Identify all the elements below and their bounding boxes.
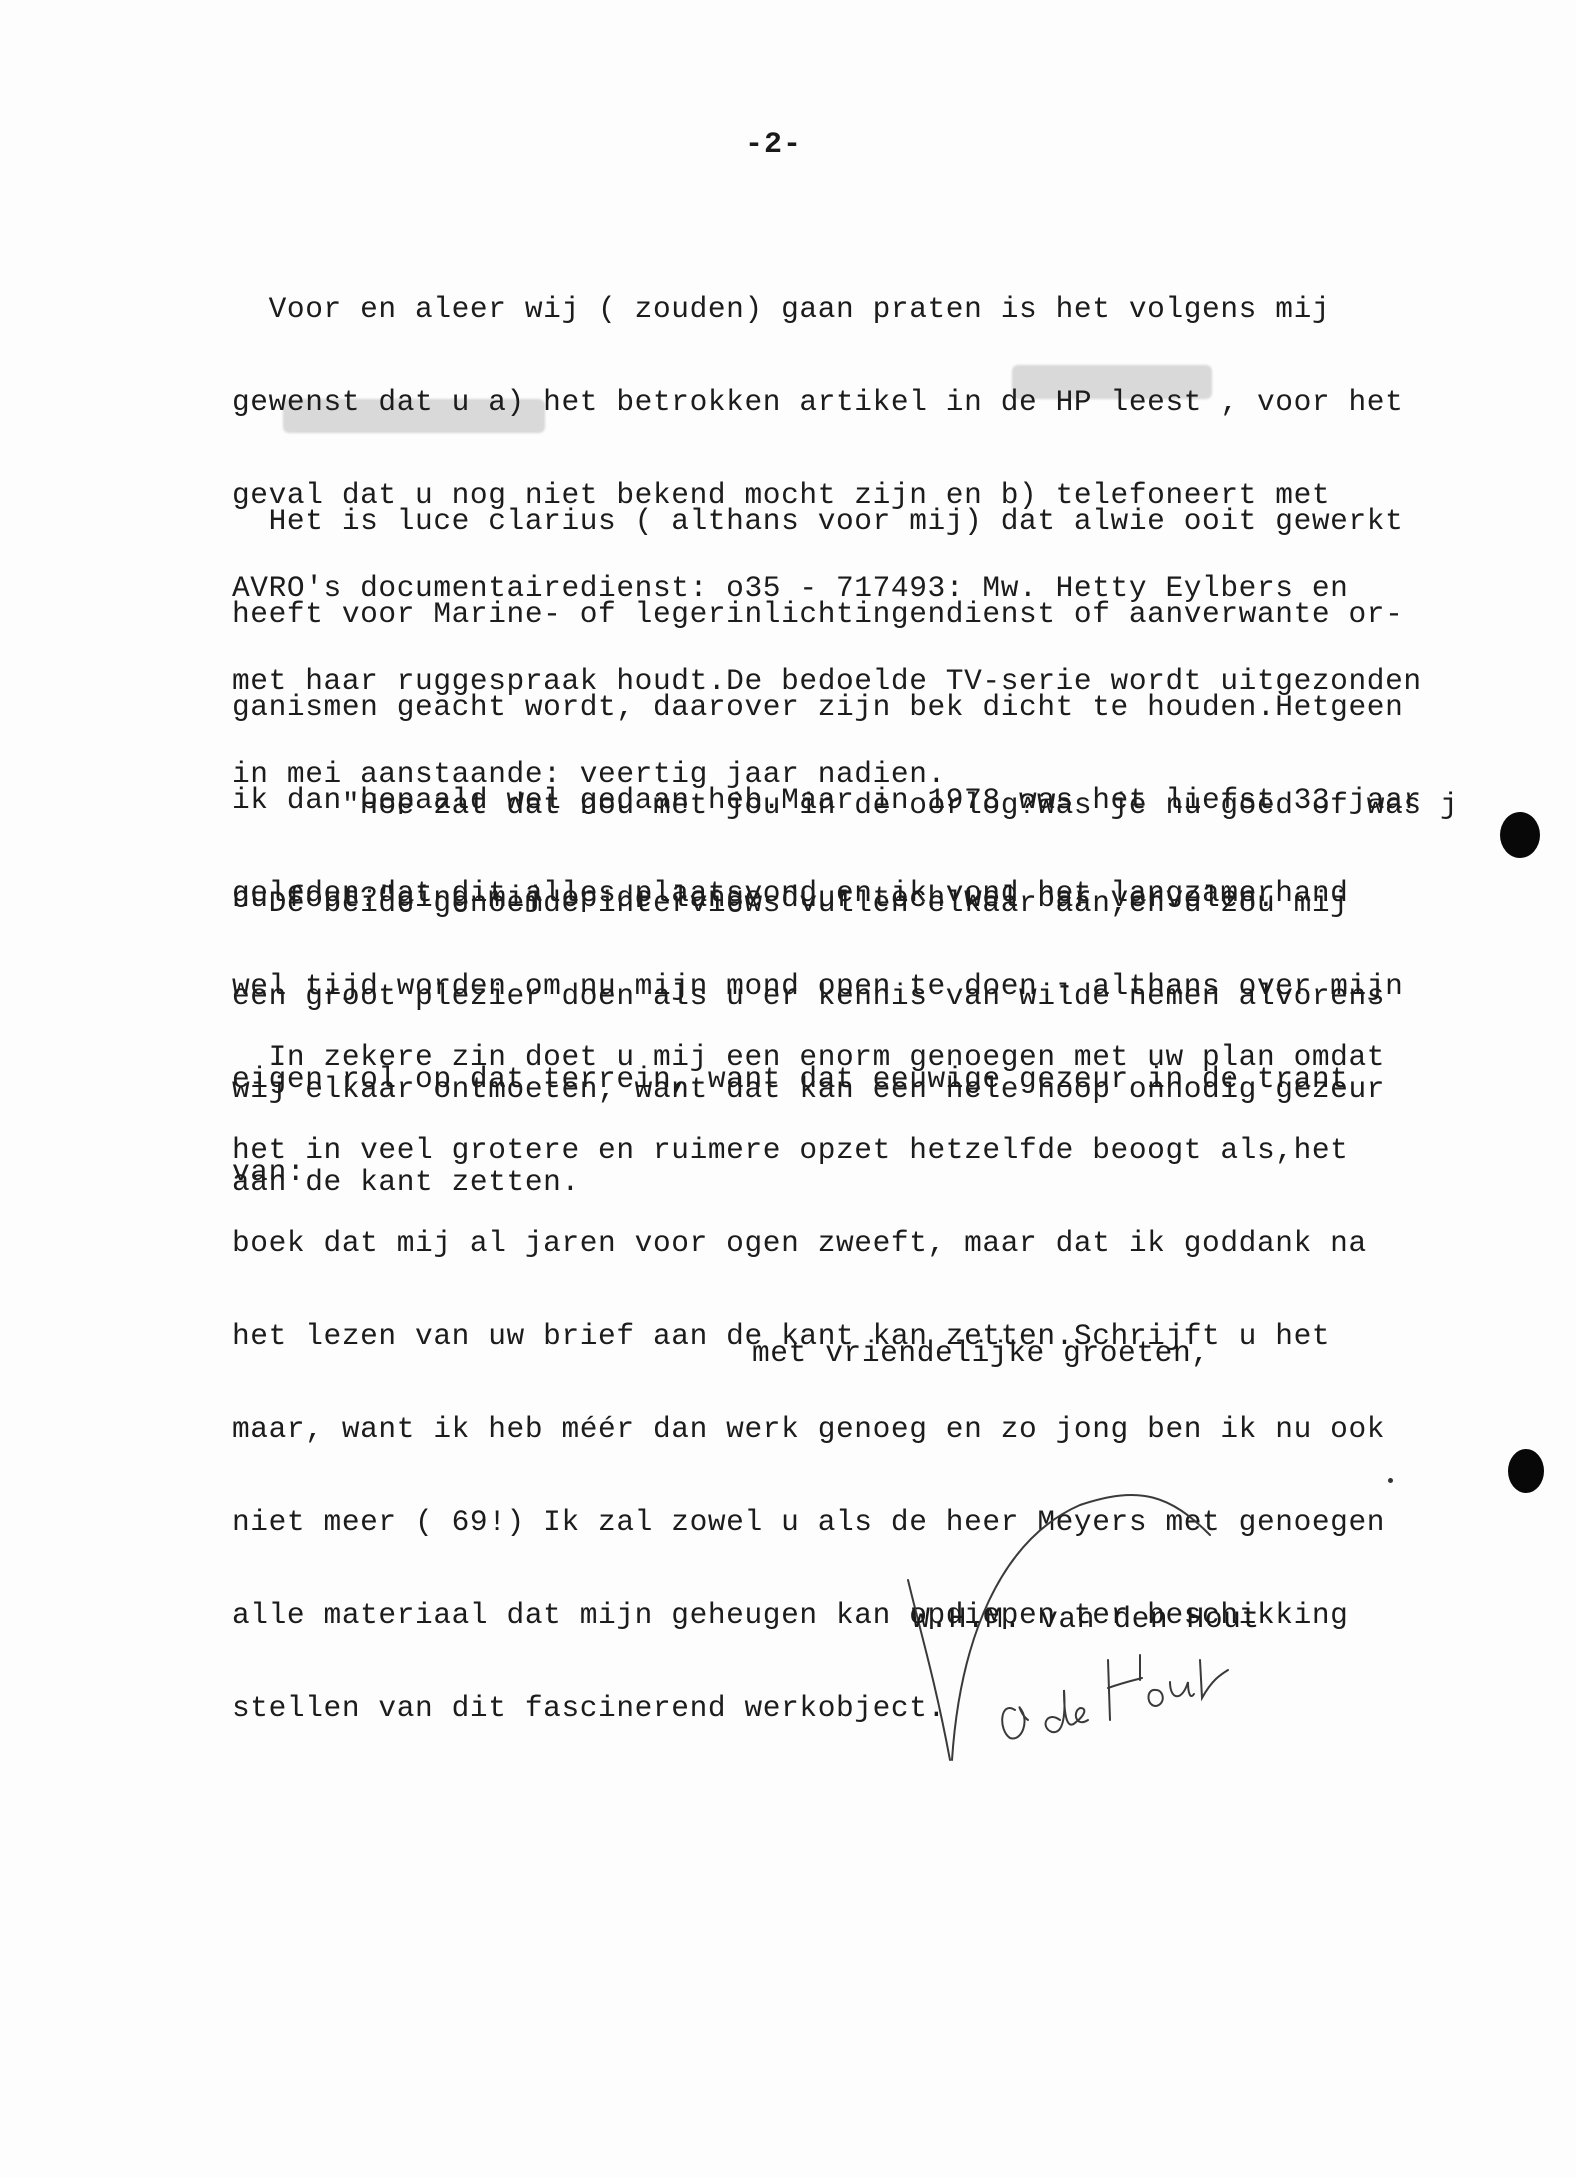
punch-hole — [1508, 1449, 1544, 1493]
text-line: Voor en aleer wij ( zouden) gaan praten … — [232, 294, 1422, 325]
text-line: boek dat mij al jaren voor ogen zweeft, … — [232, 1228, 1385, 1259]
text-line: gewenst dat u a) het betrokken artikel i… — [232, 387, 1422, 418]
text-line: "Hoe zat dat nou met jou in de oorlog?Wa… — [232, 790, 1458, 821]
text-line: Het is luce clarius ( althans voor mij) … — [232, 506, 1422, 537]
signatory-name: W.H.M. van den Hout — [912, 1602, 1260, 1636]
punch-hole — [1500, 812, 1540, 858]
text-line: ganismen geacht wordt, daarover zijn bek… — [232, 692, 1422, 723]
text-line: De beide genoemde interviews vullen elka… — [232, 888, 1385, 919]
text-line: In zekere zin doet u mij een enorm genoe… — [232, 1042, 1385, 1073]
page-number: -2- — [745, 128, 802, 162]
ink-speck — [1388, 1478, 1393, 1483]
text-line: het in veel grotere en ruimere opzet het… — [232, 1135, 1385, 1166]
letter-page: -2- Voor en aleer wij ( zouden) gaan pra… — [0, 0, 1576, 2177]
text-line: heeft voor Marine- of legerinlichtingend… — [232, 599, 1422, 630]
handwritten-signature — [850, 1420, 1576, 1780]
closing-salutation: met vriendelijke groeten, — [752, 1336, 1210, 1370]
